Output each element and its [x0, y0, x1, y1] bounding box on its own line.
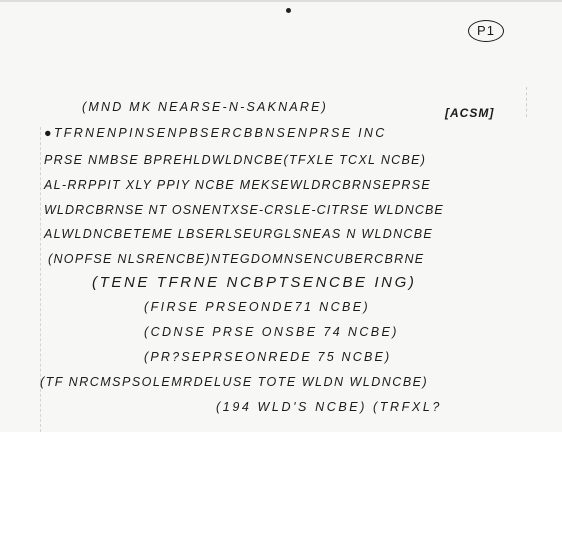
cipher-line-9: (FIRSE PRSEONDE71 NCBE)	[144, 300, 370, 314]
page-number-circle: P1	[468, 20, 504, 42]
marginal-note: [ACSM]	[445, 106, 494, 120]
cipher-line-6: ALWLDNCBETEME LBSERLSEURGLSNEAS N WLDNCB…	[44, 227, 433, 241]
cipher-line-11: (PR?SEPRSEONREDE 75 NCBE)	[144, 350, 391, 364]
cipher-line-5: WLDRCBRNSE NT OSNENTXSE-CRSLE-CITRSE WLD…	[44, 203, 444, 217]
cipher-line-13: (194 WLD'S NCBE) (TRFXL?	[216, 400, 442, 414]
cipher-line-4: AL-RRPPIT XLY PPIY NCBE MEKSEWLDRCBRNSEP…	[44, 178, 431, 192]
cipher-line-12: (TF NRCMSPSOLEMRDELUSE TOTE WLDN WLDNCBE…	[40, 375, 428, 389]
cipher-line-10: (CDNSE PRSE ONSBE 74 NCBE)	[144, 325, 399, 339]
cipher-line-8: (TENE TFRNE NCBPTSENCBE ING)	[92, 274, 416, 291]
ink-speck	[286, 8, 291, 13]
cipher-line-2: ●TFRNENPINSENPBSERCBBNSENPRSE INC	[44, 126, 387, 140]
cipher-line-3: PRSE NMBSE BPREHLDWLDNCBE(TFXLE TCXL NCB…	[44, 153, 426, 167]
scanned-page: P1 [ACSM] (MND MK NEARSE-N-SAKNARE) ●TFR…	[0, 0, 562, 432]
right-fold-mark	[526, 87, 527, 117]
cipher-line-7: (NOPFSE NLSRENCBE)NTEGDOMNSENCUBERCBRNE	[48, 252, 424, 266]
cipher-line-1: (MND MK NEARSE-N-SAKNARE)	[82, 100, 328, 114]
